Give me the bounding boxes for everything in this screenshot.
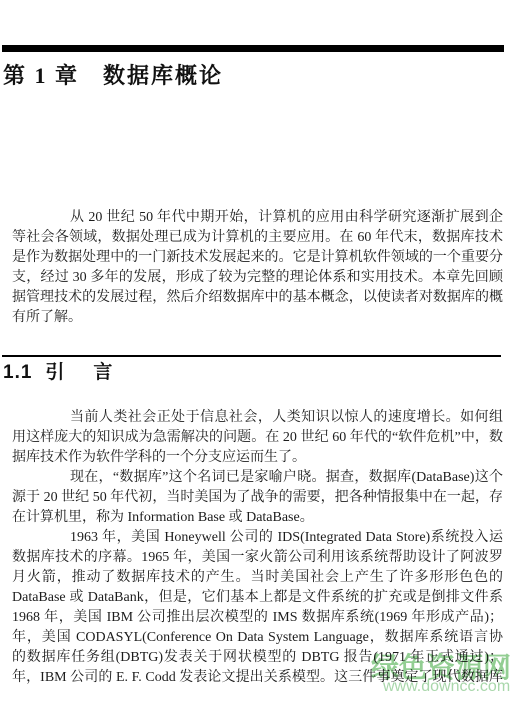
- chapter-title: 第 1 章 数据库概论: [3, 59, 223, 90]
- section-number: 1.1: [3, 362, 32, 383]
- text-line: 在计算机里，称为 Information Base 或 DataBase。: [12, 508, 503, 528]
- text-line: 据管理技术的发展过程，然后介绍数据库中的基本概念，以使读者对数据库的概貌: [12, 288, 503, 308]
- chapter-divider-bar: [2, 45, 504, 52]
- section-body: 当前人类社会正处于信息社会，人类知识以惊人的速度增长。如何组织和利 用这样庞大的…: [12, 408, 503, 688]
- text-line: 数据库技术的序幕。1965 年，美国一家火箭公司利用该系统帮助设计了阿波罗登: [12, 548, 503, 568]
- section-divider-rule: [2, 355, 501, 357]
- text-line: 等社会各领域，数据处理已成为计算机的主要应用。在 60 年代末，数据库技术就: [12, 228, 503, 248]
- text-line: 1968 年，美国 IBM 公司推出层次模型的 IMS 数据库系统(1969 年…: [12, 608, 503, 628]
- text-line: 支，经过 30 多年的发展，形成了较为完整的理论体系和实用技术。本章先回顾数: [12, 268, 503, 288]
- text-line: 源于 20 世纪 50 年代初，当时美国为了战争的需要，把各种情报集中在一起，存…: [12, 488, 503, 508]
- text-line: 用这样庞大的知识成为急需解决的问题。在 20 世纪 60 年代的“软件危机”中，…: [12, 428, 503, 448]
- chapter-intro-paragraph: 从 20 世纪 50 年代中期开始，计算机的应用由科学研究逐渐扩展到企业、行政 …: [12, 208, 503, 328]
- text-line: 月火箭，推动了数据库技术的产生。当时美国社会上产生了许多形形色色的: [12, 568, 503, 588]
- text-line: 据库技术作为软件学科的一个分支应运而生了。: [12, 448, 503, 468]
- text-line: 有所了解。: [12, 308, 503, 328]
- text-line: 现在，“数据库”这个名词已是家喻户晓。据查，数据库(DataBase)这个名词起: [12, 468, 503, 488]
- text-line: 的数据库任务组(DBTG)发表关于网状模型的 DBTG 报告(1971 年正式通…: [12, 648, 503, 668]
- book-page: 第 1 章 数据库概论 从 20 世纪 50 年代中期开始，计算机的应用由科学研…: [0, 0, 513, 703]
- text-line: 年，IBM 公司的 E. F. Codd 发表论文提出关系模型。这三件事奠定了现…: [12, 668, 503, 688]
- text-line: 1963 年，美国 Honeywell 公司的 IDS(Integrated D…: [12, 528, 503, 548]
- section-title: 引 言: [45, 362, 117, 383]
- text-line: 年，美国 CODASYL(Conference On Data System L…: [12, 628, 503, 648]
- text-line: 是作为数据处理中的一门新技术发展起来的。它是计算机软件领域的一个重要分: [12, 248, 503, 268]
- section-heading: 1.1引 言: [3, 361, 117, 385]
- text-line: 从 20 世纪 50 年代中期开始，计算机的应用由科学研究逐渐扩展到企业、行政: [12, 208, 503, 228]
- text-line: DataBase 或 DataBank，但是，它们基本上都是文件系统的扩充或是倒…: [12, 588, 503, 608]
- text-line: 当前人类社会正处于信息社会，人类知识以惊人的速度增长。如何组织和利: [12, 408, 503, 428]
